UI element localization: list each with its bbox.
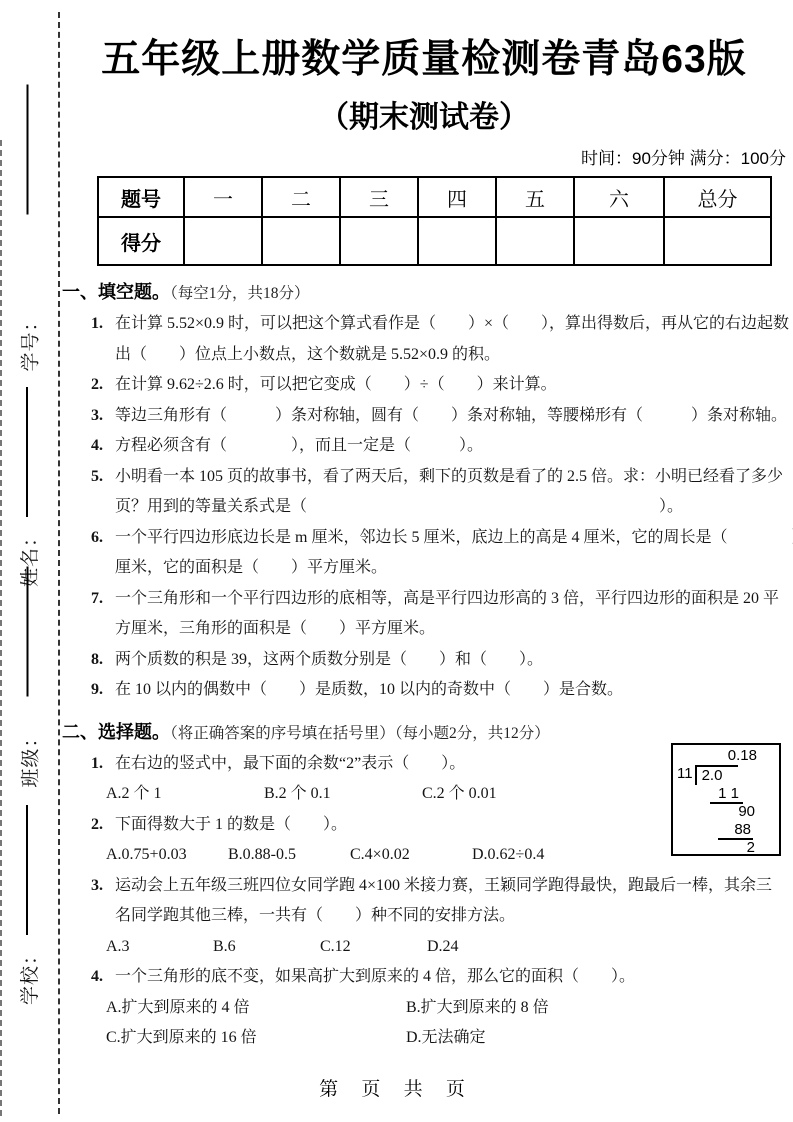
student-id-fill-line [27,85,29,215]
class-label: 班级： [15,727,42,787]
option: B.2 个 0.1 [264,779,422,810]
question-line: 页？用到的等量关系式是（ ）。 [115,492,788,523]
question-line: 厘米，它的面积是（ ）平方厘米。 [115,553,788,584]
question-body: 等边三角形有（ ）条对称轴，圆有（ ）条对称轴，等腰梯形有（ ）条对称轴。 [115,401,788,432]
division-work-line: 90 [673,803,779,821]
question-body: 一个三角形的底不变，如果高扩大到原来的 4 倍，那么它的面积（ ）。 [115,962,788,993]
score-cell [184,217,262,265]
question-s1-q2: 2. 在计算 9.62÷2.6 时，可以把它变成（ ）÷（ ）来计算。 [91,370,788,401]
score-cell [418,217,496,265]
question-body: 方程必须含有（ ），而且一定是（ ）。 [115,431,788,462]
division-quotient: 0.18 [673,747,779,765]
question-s1-q3: 3. 等边三角形有（ ）条对称轴，圆有（ ）条对称轴，等腰梯形有（ ）条对称轴。 [91,401,788,432]
question-number: 7. [91,584,115,645]
score-table-col: 二 [262,177,340,217]
score-table-header-label: 题号 [98,177,184,217]
question-line: 一个三角形的底不变，如果高扩大到原来的 4 倍，那么它的面积（ ）。 [115,962,788,993]
question-line: 方程必须含有（ ），而且一定是（ ）。 [115,431,788,462]
division-bracket-row: 11 2.0 [673,765,779,785]
question-body: 一个三角形和一个平行四边形的底相等，高是平行四边形高的 3 倍，平行四边形的面积… [115,584,788,645]
long-division-box: 0.18 11 2.0 1 1 90 88 2 [671,743,781,856]
options-s2-q4: A.扩大到原来的 4 倍B.扩大到原来的 8 倍C.扩大到原来的 16 倍D.无… [106,993,788,1054]
option: C.4×0.02 [350,840,472,871]
option: B.6 [213,932,320,963]
score-table-header-row: 题号 一 二 三 四 五 六 总分 [98,177,771,217]
margin-field-name: 姓名： [16,387,40,587]
question-s1-q1: 1. 在计算 5.52×0.9 时，可以把这个算式看作是（ ）×（ ），算出得数… [91,309,788,370]
question-line: 在计算 5.52×0.9 时，可以把这个算式看作是（ ）×（ ），算出得数后，再… [115,309,788,340]
school-fill-line [26,805,28,935]
section1-note: （每空1分，共18分） [170,285,310,302]
question-s1-q9: 9. 在 10 以内的偶数中（ ）是质数，10 以内的奇数中（ ）是合数。 [91,675,788,706]
section2-title: 二、选择题。 [62,722,170,742]
question-number: 1. [91,309,115,370]
score-cell [664,217,771,265]
option: B.0.88-0.5 [228,840,350,871]
score-table-score-label: 得分 [98,217,184,265]
question-line: 出（ ）位点上小数点，这个数就是 5.52×0.9 的积。 [115,340,788,371]
question-body: 在计算 9.62÷2.6 时，可以把它变成（ ）÷（ ）来计算。 [115,370,788,401]
option: A.3 [106,932,213,963]
score-table-col: 三 [340,177,418,217]
question-line: 方厘米，三角形的面积是（ ）平方厘米。 [115,614,788,645]
student-id-label: 学号： [15,311,42,371]
question-s1-q5: 5. 小明看一本 105 页的故事书，看了两天后，剩下的页数是看了的 2.5 倍… [91,462,788,523]
name-fill-line [26,387,28,517]
question-line: 两个质数的积是 39，这两个质数分别是（ ）和（ ）。 [115,645,788,676]
page-edge-dashed-line [0,140,2,1116]
page-footer: 第 页 共 页 [0,1074,793,1101]
question-number: 4. [91,962,115,993]
score-table-col: 一 [184,177,262,217]
question-number: 3. [91,871,115,932]
question-number: 3. [91,401,115,432]
section2-note: （将正确答案的序号填在括号里）（每小题2分，共12分） [170,725,550,742]
score-table-col: 总分 [664,177,771,217]
page-subtitle: （期末测试卷） [60,98,788,138]
question-line: 在计算 9.62÷2.6 时，可以把它变成（ ）÷（ ）来计算。 [115,370,788,401]
exam-content: 五年级上册数学质量检测卷青岛63版 （期末测试卷） 时间：90分钟 满分：100… [60,0,788,1054]
option: B.扩大到原来的 8 倍 [406,993,788,1024]
division-dividend: 2.0 [695,765,739,785]
question-body: 在 10 以内的偶数中（ ）是质数，10 以内的奇数中（ ）是合数。 [115,675,788,706]
exam-meta: 时间：90分钟 满分：100分 [60,148,786,170]
score-table-col: 四 [418,177,496,217]
question-line: 一个平行四边形底边长是 m 厘米，邻边长 5 厘米，底边上的高是 4 厘米，它的… [115,523,788,554]
question-number: 2. [91,370,115,401]
question-number: 8. [91,645,115,676]
division-remainder: 2 [673,839,779,857]
question-s2-q4: 4. 一个三角形的底不变，如果高扩大到原来的 4 倍，那么它的面积（ ）。 [91,962,788,993]
question-line: 小明看一本 105 页的故事书，看了两天后，剩下的页数是看了的 2.5 倍。求：… [115,462,788,493]
division-work-line: 1 1 [673,785,779,803]
option: C.2 个 0.01 [422,779,580,810]
options-s2-q3: A.3B.6C.12D.24 [106,932,788,963]
section1-title: 一、填空题。 [62,282,170,302]
division-divisor: 11 [677,765,693,785]
division-work-value: 1 1 [710,785,743,804]
option: A.扩大到原来的 4 倍 [106,993,406,1024]
question-line: 等边三角形有（ ）条对称轴，圆有（ ）条对称轴，等腰梯形有（ ）条对称轴。 [115,401,788,432]
option: D.24 [427,932,534,963]
section1-heading: 一、填空题。（每空1分，共18分） [62,277,788,309]
class-fill-line [27,567,29,697]
margin-field-class: 班级： [17,567,41,788]
question-s1-q6: 6. 一个平行四边形底边长是 m 厘米，邻边长 5 厘米，底边上的高是 4 厘米… [91,523,788,584]
score-cell [340,217,418,265]
question-s2-q3: 3. 运动会上五年级三班四位女同学跑 4×100 米接力赛，王颖同学跑得最快，跑… [91,871,788,932]
option: A.0.75+0.03 [106,840,228,871]
score-table: 题号 一 二 三 四 五 六 总分 得分 [97,176,772,266]
question-line: 一个三角形和一个平行四边形的底相等，高是平行四边形高的 3 倍，平行四边形的面积… [115,584,788,615]
question-s1-q4: 4. 方程必须含有（ ），而且一定是（ ）。 [91,431,788,462]
option: D.无法确定 [406,1023,788,1054]
question-body: 小明看一本 105 页的故事书，看了两天后，剩下的页数是看了的 2.5 倍。求：… [115,462,788,523]
question-number: 4. [91,431,115,462]
margin-field-school: 学校： [16,805,40,1005]
school-label: 学校： [15,945,42,1005]
question-number: 5. [91,462,115,523]
question-line: 名同学跑其他三棒，一共有（ ）种不同的安排方法。 [115,901,788,932]
question-body: 运动会上五年级三班四位女同学跑 4×100 米接力赛，王颖同学跑得最快，跑最后一… [115,871,788,932]
question-number: 2. [91,810,115,841]
option: C.扩大到原来的 16 倍 [106,1023,406,1054]
option: D.0.62÷0.4 [472,840,594,871]
page-title: 五年级上册数学质量检测卷青岛63版 [60,34,788,86]
score-table-col: 六 [574,177,664,217]
question-number: 1. [91,749,115,780]
margin-field-student-id: 学号： [17,85,41,372]
option: A.2 个 1 [106,779,264,810]
score-table-score-row: 得分 [98,217,771,265]
question-body: 两个质数的积是 39，这两个质数分别是（ ）和（ ）。 [115,645,788,676]
question-line: 运动会上五年级三班四位女同学跑 4×100 米接力赛，王颖同学跑得最快，跑最后一… [115,871,788,902]
score-table-col: 五 [496,177,574,217]
exam-paper-page: 学号： 姓名： 班级： 学校： 五年级上册数学质量检测卷青岛63版 （期末测试卷… [0,0,793,1122]
score-cell [574,217,664,265]
question-number: 6. [91,523,115,584]
division-work-value: 88 [718,821,753,840]
score-cell [262,217,340,265]
option: C.12 [320,932,427,963]
division-work-line: 88 [673,821,779,839]
question-body: 一个平行四边形底边长是 m 厘米，邻边长 5 厘米，底边上的高是 4 厘米，它的… [115,523,788,584]
score-cell [496,217,574,265]
question-line: 在 10 以内的偶数中（ ）是质数，10 以内的奇数中（ ）是合数。 [115,675,788,706]
question-number: 9. [91,675,115,706]
question-s1-q7: 7. 一个三角形和一个平行四边形的底相等，高是平行四边形高的 3 倍，平行四边形… [91,584,788,645]
division-work-value: 2 [747,839,755,856]
division-work-value: 90 [738,803,755,820]
question-s1-q8: 8. 两个质数的积是 39，这两个质数分别是（ ）和（ ）。 [91,645,788,676]
question-body: 在计算 5.52×0.9 时，可以把这个算式看作是（ ）×（ ），算出得数后，再… [115,309,788,370]
